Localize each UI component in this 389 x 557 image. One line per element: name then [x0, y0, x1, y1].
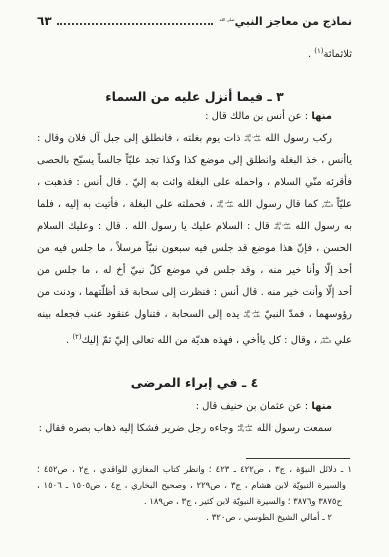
- text-line: ١ ـ دلائل النبوّة ، ج٣ ، ص٤٢٢ ـ ٤٢٣ ؛ وا…: [37, 462, 352, 478]
- section-4-body: منها : عن عثمان بن حنيف قال :سمعت رسول ا…: [37, 396, 352, 440]
- text-segment: ١ ـ دلائل النبوّة ، ج٣ ، ص٤٢٢ ـ ٤٢٣ ؛ وا…: [37, 465, 352, 475]
- opening-line: ثلاثمائة(١) .: [37, 40, 352, 62]
- dotted-leader: [57, 23, 213, 25]
- text-line: ثلاثمائة(١) .: [37, 40, 352, 62]
- text-segment: وجاءه رجل ضرير فشكا إليه ذهاب بصره فقال …: [39, 423, 237, 434]
- page-number: ٦٣: [37, 14, 52, 28]
- text-line: أحد إلّا وأنت خير منه . قال أنس : فنظرت …: [37, 282, 352, 304]
- text-line: به رسول الله صلى الله عليه وآله قال : ال…: [37, 216, 352, 238]
- footnotes: ١ ـ دلائل النبوّة ، ج٣ ، ص٤٢٢ ـ ٤٢٣ ؛ وا…: [37, 462, 352, 526]
- text-segment: أحد إلّا وأنت خير منه . قال أنس : فنظرت …: [37, 287, 352, 298]
- text-segment: سمعت رسول الله: [254, 423, 332, 434]
- sallallahu-seal-icon: صلى الله عليه وآله: [243, 310, 260, 319]
- sallallahu-seal-icon: صلى الله عليه وآله: [218, 18, 235, 27]
- sallallahu-seal-icon: صلى الله عليه وآله: [274, 222, 291, 231]
- text-segment: ، وقال : كل ياأخي ، فهذه هديّة من الله ت…: [82, 335, 321, 346]
- running-head-text: نماذج من معاجز النبي: [235, 15, 352, 28]
- text-line: علي عليه السلام ، وقال : كل ياأخي ، فهذه…: [37, 326, 352, 348]
- text-segment: (٢): [72, 333, 81, 341]
- text-line: رؤوسهما ، فمدّ النبيّ صلى الله عليه وآله…: [37, 304, 352, 326]
- section-3-body: منها : عن أنس بن مالك قال :ركب رسول الله…: [37, 106, 352, 348]
- section-4-heading: ٤ ـ في إبراء المرضى: [37, 374, 352, 392]
- text-segment: ح٣٨٧٥ و٣٨٧٦ ؛ والسيرة النبويّة لابن كثير…: [144, 497, 342, 507]
- text-segment: : عن أنس بن مالك قال :: [205, 111, 311, 122]
- alayhissalam-seal-icon: عليه السلام: [322, 200, 333, 209]
- text-line: فأقرئه منّي السلام ، واحمله على البغلة و…: [37, 172, 352, 194]
- text-segment: كما قال رسول الله: [234, 199, 322, 210]
- running-head: نماذج من معاجز النبيصلى الله عليه وآله: [218, 15, 352, 28]
- text-segment: منها: [311, 111, 332, 122]
- text-line: منها : عن عثمان بن حنيف قال :: [37, 396, 352, 418]
- alayhissalam-seal-icon: عليه السلام: [320, 336, 331, 345]
- text-segment: ذات يوم بغلته ، فانطلق إلى جبل آل فلان و…: [37, 133, 244, 144]
- text-segment: رؤوسهما ، فمدّ النبيّ: [260, 309, 352, 320]
- text-segment: : عن عثمان بن حنيف قال :: [196, 401, 312, 412]
- sallallahu-seal-icon: صلى الله عليه وآله: [217, 200, 234, 209]
- text-line: ركب رسول الله صلى الله عليه وآله ذات يوم…: [37, 128, 352, 150]
- text-segment: الحسن ، فإنّ هذا موضع قد جلس فيه سبعون ن…: [37, 243, 352, 260]
- text-segment: والسيرة النبويّة لابن هشام ، ج٣ ، ص٢٢٩ ،…: [37, 481, 346, 491]
- text-line: والسيرة النبويّة لابن هشام ، ج٣ ، ص٢٢٩ ،…: [37, 478, 346, 494]
- text-line: ياأنس ، خذ البغلة وانطلق إلى موضع كذا وك…: [37, 150, 352, 172]
- sallallahu-seal-icon: صلى الله عليه وآله: [237, 424, 254, 433]
- text-segment: به رسول الله: [291, 221, 352, 232]
- page-header: نماذج من معاجز النبيصلى الله عليه وآله ٦…: [37, 8, 352, 28]
- text-segment: منها: [311, 401, 332, 412]
- text-segment: ركب رسول الله: [261, 133, 332, 144]
- text-segment: ٢ ـ أمالي الشيخ الطوسي ، ص٣٢٠ .: [206, 513, 332, 523]
- text-line: سمعت رسول الله صلى الله عليه وآله وجاءه …: [37, 418, 352, 440]
- section-3-heading: ٣ ـ فيما أُنزل عليه من السماء: [37, 88, 352, 106]
- text-line: الحسن ، فإنّ هذا موضع قد جلس فيه سبعون ن…: [37, 238, 352, 260]
- text-line: أحد إلّا وأنا خير منه ، وقد جلس في موضع …: [37, 260, 352, 282]
- book-page: نماذج من معاجز النبيصلى الله عليه وآله ٦…: [0, 0, 389, 557]
- footnote-separator: [246, 458, 350, 459]
- text-line: ح٣٨٧٥ و٣٨٧٦ ؛ والسيرة النبويّة لابن كثير…: [37, 494, 342, 510]
- text-segment: فأقرئه منّي السلام ، واحمله على البغلة و…: [37, 177, 352, 194]
- text-segment: ياأنس ، خذ البغلة وانطلق إلى موضع كذا وك…: [37, 155, 352, 166]
- text-segment: علي: [331, 335, 352, 346]
- sallallahu-seal-icon: صلى الله عليه وآله: [244, 134, 261, 143]
- text-line: عليّاً عليه السلام كما قال رسول الله صلى…: [37, 194, 352, 216]
- text-line: منها : عن أنس بن مالك قال :: [37, 106, 352, 128]
- text-line: ٢ ـ أمالي الشيخ الطوسي ، ص٣٢٠ .: [37, 510, 332, 526]
- text-segment: ثلاثمائة: [323, 49, 352, 60]
- text-segment: عليّاً: [333, 199, 352, 210]
- text-segment: أحد إلّا وأنا خير منه ، وقد جلس في موضع …: [37, 265, 352, 282]
